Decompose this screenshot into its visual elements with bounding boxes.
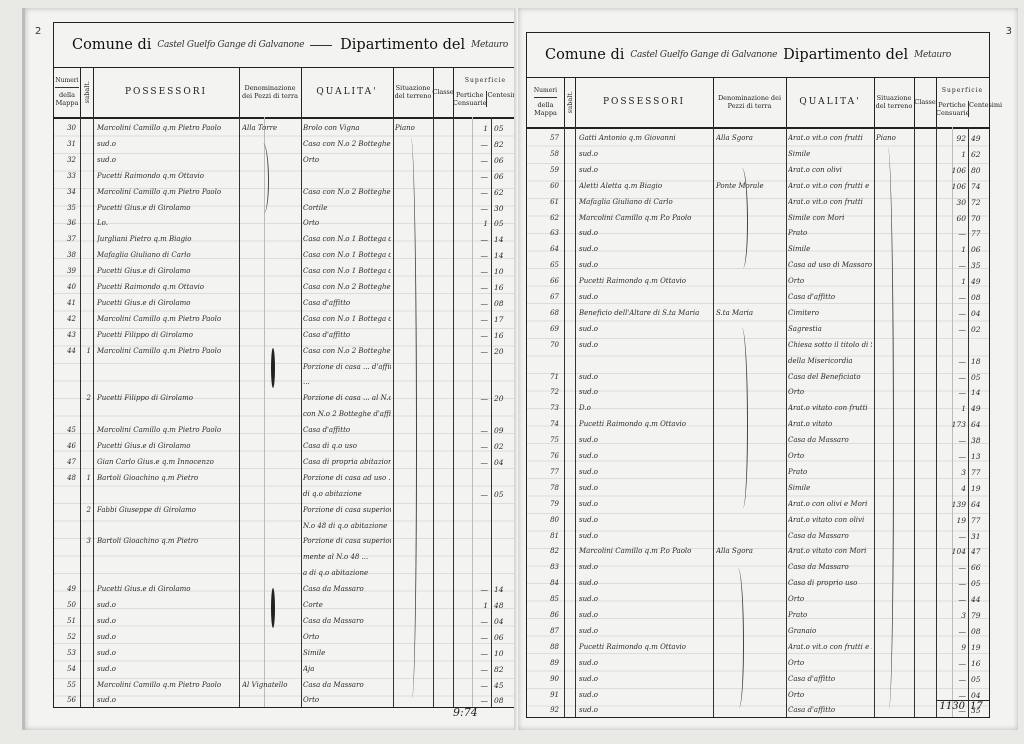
cell-subalterno: 2 xyxy=(81,394,91,402)
cell-map-number: 84 xyxy=(527,579,559,587)
cell-pertiche: — xyxy=(454,235,488,244)
cell-qualita: Orto xyxy=(303,219,391,227)
col-situazione: Situazione del terreno xyxy=(874,77,915,127)
cell-qualita: Orto xyxy=(788,691,872,699)
cell-possessore: sud.o xyxy=(579,293,711,301)
col-mappa: Numeri della Mappa xyxy=(54,67,81,117)
cell-map-number: 31 xyxy=(54,140,76,148)
cell-pertiche: — xyxy=(454,204,488,213)
cell-pertiche: 60 xyxy=(936,214,966,223)
cell-centesimi: 05 xyxy=(971,675,989,684)
table-row: 81sud.oCasa da Massaro—31 xyxy=(527,529,989,546)
cell-qualita: Porzione di casa superiore al xyxy=(303,506,391,514)
cell-centesimi: 45 xyxy=(494,681,516,690)
cell-possessore: sud.o xyxy=(579,452,711,460)
cell-centesimi: 44 xyxy=(971,595,989,604)
table-row: 86sud.oPrato379 xyxy=(527,608,989,625)
table-row: 63sud.oPrato—77 xyxy=(527,226,989,243)
table-row: 51sud.oCasa da Massaro—04 xyxy=(54,614,518,631)
col-possessori: POSSESSORI xyxy=(93,67,240,117)
table-row: 82Marcolini Camillo q.m P.o PaoloAlla Sg… xyxy=(527,544,989,561)
cell-pertiche: — xyxy=(936,659,966,668)
cell-pertiche: 1 xyxy=(454,124,488,133)
cell-possessore: Mafaglia Giuliano di Carlo xyxy=(97,251,237,259)
cell-denominazione: Ponte Morale xyxy=(716,182,784,190)
table-row: 69sud.oSagrestia—02 xyxy=(527,322,989,339)
cell-qualita: Chiesa sotto il titolo di S.ta Maria xyxy=(788,341,872,349)
col-classe: Classe xyxy=(914,77,937,127)
cell-possessore: sud.o xyxy=(579,691,711,699)
cell-pertiche: — xyxy=(454,156,488,165)
cell-map-number: 43 xyxy=(54,331,76,339)
right-page: 3 Comune di Castel Guelfo Gange di Galva… xyxy=(518,8,1018,730)
cell-map-number: 76 xyxy=(527,452,559,460)
cell-pertiche: — xyxy=(936,563,966,572)
cell-map-number: 42 xyxy=(54,315,76,323)
cell-qualita: Porzione di casa ... al N.o 44 xyxy=(303,394,391,402)
cell-possessore: sud.o xyxy=(579,675,711,683)
col-denominazione: Denominazione dei Pezzi di terra xyxy=(713,77,787,127)
cell-pertiche: — xyxy=(454,426,488,435)
table-row: 79sud.oArat.o con olivi e Mori13964 xyxy=(527,497,989,514)
table-row: 62Marcolini Camillo q.m P.o PaoloSimile … xyxy=(527,211,989,228)
table-row: 91sud.oOrto—04 xyxy=(527,688,989,705)
cell-qualita: Casa d'affitto xyxy=(788,675,872,683)
cell-qualita: Casa con N.o 1 Bottega d'affitto xyxy=(303,251,391,259)
table-row: 2Pucetti Filippo di GirolamoPorzione di … xyxy=(54,391,518,408)
cell-qualita: Simile xyxy=(788,245,872,253)
cell-map-number: 40 xyxy=(54,283,76,291)
cell-qualita: Simile xyxy=(303,649,391,657)
cell-possessore: Gatti Antonio q.m Giovanni xyxy=(579,134,711,142)
cell-qualita: Casa con N.o 2 Botteghe d'affitto xyxy=(303,347,391,355)
left-column-headers: Numeri della Mappa subalt. POSSESSORI De… xyxy=(54,67,518,119)
cell-centesimi: 74 xyxy=(971,182,989,191)
table-row: 49Pucetti Gius.e di GirolamoCasa da Mass… xyxy=(54,582,518,599)
cell-possessore: sud.o xyxy=(97,156,237,164)
cell-qualita: Orto xyxy=(788,388,872,396)
table-row: 78sud.oSimile419 xyxy=(527,481,989,498)
cell-pertiche: — xyxy=(454,331,488,340)
cell-possessore: sud.o xyxy=(579,563,711,571)
cell-map-number: 78 xyxy=(527,484,559,492)
cell-pertiche: — xyxy=(936,579,966,588)
table-row: ... xyxy=(54,375,518,392)
cell-centesimi: 30 xyxy=(494,204,516,213)
cell-pertiche: — xyxy=(454,315,488,324)
left-page-total: 9:74 xyxy=(453,706,478,719)
table-row: della Misericordia—18 xyxy=(527,354,989,371)
table-row: a di q.o abitazione xyxy=(54,566,518,583)
cell-centesimi: 80 xyxy=(971,166,989,175)
cell-qualita: Casa con N.o 1 Bottega d'affitto xyxy=(303,267,391,275)
cell-pertiche: — xyxy=(936,595,966,604)
cell-subalterno: 1 xyxy=(81,347,91,355)
cell-centesimi: 14 xyxy=(494,585,516,594)
cell-possessore: sud.o xyxy=(579,150,711,158)
table-row: 40Pucetti Raimondo q.m OttavioCasa con N… xyxy=(54,280,518,297)
cell-map-number: 47 xyxy=(54,458,76,466)
cell-qualita: Casa con N.o 1 Bottega d'affitto xyxy=(303,315,391,323)
cell-map-number: 75 xyxy=(527,436,559,444)
cell-centesimi: 06 xyxy=(494,156,516,165)
table-row: 83sud.oCasa da Massaro—66 xyxy=(527,560,989,577)
cell-centesimi: 10 xyxy=(494,649,516,658)
cell-centesimi: 72 xyxy=(971,198,989,207)
cell-map-number: 66 xyxy=(527,277,559,285)
cell-possessore: sud.o xyxy=(97,633,237,641)
cell-qualita: di q.o abitazione xyxy=(303,490,391,498)
cell-map-number: 54 xyxy=(54,665,76,673)
cell-possessore: Pucetti Filippo di Girolamo xyxy=(97,394,237,402)
cell-pertiche: — xyxy=(936,357,966,366)
cell-qualita: Casa da Massaro xyxy=(788,532,872,540)
cell-centesimi: 66 xyxy=(971,563,989,572)
cell-centesimi: 05 xyxy=(971,373,989,382)
cell-pertiche: — xyxy=(454,140,488,149)
cell-centesimi: 17 xyxy=(494,315,516,324)
page-number-left: 2 xyxy=(35,26,41,37)
cell-qualita: Prato xyxy=(788,229,872,237)
cell-pertiche: — xyxy=(454,347,488,356)
cell-pertiche: — xyxy=(936,675,966,684)
cell-map-number: 48 xyxy=(54,474,76,482)
cell-possessore: sud.o xyxy=(579,579,711,587)
cell-possessore: Marcolini Camillo q.m Pietro Paolo xyxy=(97,124,237,132)
cell-centesimi: 20 xyxy=(494,347,516,356)
cell-qualita: Sagrestia xyxy=(788,325,872,333)
cell-possessore: Pucetti Gius.e di Girolamo xyxy=(97,442,237,450)
cell-centesimi: 49 xyxy=(971,134,989,143)
left-table-frame: Comune di Castel Guelfo Gange di Galvano… xyxy=(53,22,519,708)
cell-map-number: 49 xyxy=(54,585,76,593)
cell-qualita: Casa d'affitto xyxy=(303,331,391,339)
table-row: 52sud.oOrto—06 xyxy=(54,630,518,647)
cell-centesimi: 48 xyxy=(494,601,516,610)
cell-qualita: N.o 48 di q.o abitazione xyxy=(303,522,391,530)
cell-map-number: 52 xyxy=(54,633,76,641)
table-row: 39Pucetti Gius.e di GirolamoCasa con N.o… xyxy=(54,264,518,281)
cell-centesimi: 70 xyxy=(971,214,989,223)
cell-centesimi: 79 xyxy=(971,611,989,620)
cell-possessore: sud.o xyxy=(97,601,237,609)
cell-pertiche: — xyxy=(936,325,966,334)
cell-map-number: 77 xyxy=(527,468,559,476)
cell-pertiche: — xyxy=(936,452,966,461)
cell-qualita: Porzione di casa superiore xyxy=(303,537,391,545)
cell-possessore: sud.o xyxy=(579,341,711,349)
table-row: 61Mafaglia Giuliano di CarloArat.o vit.o… xyxy=(527,195,989,212)
cell-possessore: sud.o xyxy=(579,706,711,714)
cell-qualita: Prato xyxy=(788,468,872,476)
cell-map-number: 50 xyxy=(54,601,76,609)
cell-map-number: 62 xyxy=(527,214,559,222)
cell-centesimi: 64 xyxy=(971,500,989,509)
table-row: 43Pucetti Filippo di GirolamoCasa d'affi… xyxy=(54,328,518,345)
cell-map-number: 83 xyxy=(527,563,559,571)
cell-pertiche: 173 xyxy=(936,420,966,429)
table-row: 74Pucetti Raimondo q.m OttavioArat.o vit… xyxy=(527,417,989,434)
table-row: 85sud.oOrto—44 xyxy=(527,592,989,609)
cell-subalterno: 2 xyxy=(81,506,91,514)
cell-map-number: 30 xyxy=(54,124,76,132)
cell-map-number: 67 xyxy=(527,293,559,301)
cell-centesimi: 06 xyxy=(971,245,989,254)
cell-pertiche: — xyxy=(454,633,488,642)
cell-pertiche: 1 xyxy=(936,150,966,159)
cell-centesimi: 77 xyxy=(971,229,989,238)
cell-map-number: 56 xyxy=(54,696,76,704)
cell-possessore: Pucetti Raimondo q.m Ottavio xyxy=(579,643,711,651)
cell-centesimi: 06 xyxy=(494,633,516,642)
dipartimento-label: Dipartimento del xyxy=(783,47,908,63)
cell-map-number: 80 xyxy=(527,516,559,524)
table-row: 46Pucetti Gius.e di GirolamoCasa di q.o … xyxy=(54,439,518,456)
cell-possessore: sud.o xyxy=(579,245,711,253)
cell-possessore: sud.o xyxy=(97,696,237,704)
cell-map-number: 59 xyxy=(527,166,559,174)
cell-centesimi: 08 xyxy=(971,293,989,302)
cell-qualita: Casa d'affitto xyxy=(303,426,391,434)
cell-map-number: 55 xyxy=(54,681,76,689)
cell-centesimi: 49 xyxy=(971,277,989,286)
cell-pertiche: — xyxy=(936,229,966,238)
cell-map-number: 69 xyxy=(527,325,559,333)
table-row: Porzione di casa ... d'affitto xyxy=(54,360,518,377)
cell-qualita: Arat.o vit.o con frutti e Mori xyxy=(788,643,872,651)
cell-map-number: 89 xyxy=(527,659,559,667)
cell-possessore: sud.o xyxy=(579,627,711,635)
cell-possessore: Marcolini Camillo q.m Pietro Paolo xyxy=(97,188,237,196)
table-row: 73D.oArat.o vitato con frutti149 xyxy=(527,401,989,418)
cell-possessore: Marcolini Camillo q.m Pietro Paolo xyxy=(97,681,237,689)
cell-pertiche: — xyxy=(454,490,488,499)
table-row: 2Fabbi Giuseppe di GirolamoPorzione di c… xyxy=(54,503,518,520)
cell-pertiche: — xyxy=(454,442,488,451)
cell-map-number: 90 xyxy=(527,675,559,683)
table-row: 76sud.oOrto—13 xyxy=(527,449,989,466)
cell-pertiche: — xyxy=(454,188,488,197)
cell-centesimi: 19 xyxy=(971,484,989,493)
cell-denominazione: S.ta Maria xyxy=(716,309,784,317)
cell-centesimi: 04 xyxy=(971,309,989,318)
cell-possessore: sud.o xyxy=(97,665,237,673)
total-pertiche: 1130 xyxy=(940,701,965,712)
table-row: 59sud.oArat.o con olivi10680 xyxy=(527,163,989,180)
cell-possessore: sud.o xyxy=(579,611,711,619)
table-row: con N.o 2 Botteghe d'affitto xyxy=(54,407,518,424)
cell-possessore: sud.o xyxy=(579,532,711,540)
cell-centesimi: 77 xyxy=(971,516,989,525)
table-row: 47Gian Carlo Gius.e q.m InnocenzoCasa di… xyxy=(54,455,518,472)
cell-centesimi: 47 xyxy=(971,547,989,556)
cell-possessore: Marcolini Camillo q.m P.o Paolo xyxy=(579,214,711,222)
cell-map-number: 61 xyxy=(527,198,559,206)
cell-map-number: 38 xyxy=(54,251,76,259)
cell-map-number: 68 xyxy=(527,309,559,317)
cell-qualita: Corte xyxy=(303,601,391,609)
cell-pertiche: — xyxy=(936,627,966,636)
cell-centesimi: 04 xyxy=(971,691,989,700)
register-spread: 2 Comune di Castel Guelfo Gange di Galva… xyxy=(0,0,1024,744)
cell-map-number: 85 xyxy=(527,595,559,603)
cell-map-number: 88 xyxy=(527,643,559,651)
table-row: mente al N.o 48 ... xyxy=(54,550,518,567)
cell-map-number: 41 xyxy=(54,299,76,307)
cell-pertiche: — xyxy=(454,251,488,260)
table-row: 75sud.oCasa da Massaro—38 xyxy=(527,433,989,450)
cell-possessore: Pucetti Raimondo q.m Ottavio xyxy=(97,283,237,291)
cell-centesimi: 20 xyxy=(494,394,516,403)
cell-pertiche: 30 xyxy=(936,198,966,207)
cell-map-number: 64 xyxy=(527,245,559,253)
table-row: 32sud.oOrto—06 xyxy=(54,153,518,170)
cell-denominazione: Alla Sgora xyxy=(716,134,784,142)
cell-qualita: Casa ad uso di Massaro xyxy=(788,261,872,269)
cell-qualita: Arat.o vitato xyxy=(788,420,872,428)
cell-possessore: Bartoli Gioachino q.m Pietro xyxy=(97,474,237,482)
cell-possessore: sud.o xyxy=(579,436,711,444)
cell-possessore: sud.o xyxy=(579,388,711,396)
page-number-right: 3 xyxy=(1006,26,1012,37)
cell-centesimi: 05 xyxy=(971,579,989,588)
table-row: 45Marcolini Camillo q.m Pietro PaoloCasa… xyxy=(54,423,518,440)
cell-centesimi: 13 xyxy=(971,452,989,461)
table-row: 42Marcolini Camillo q.m Pietro PaoloCasa… xyxy=(54,312,518,329)
cell-qualita: Casa da Massaro xyxy=(303,681,391,689)
cell-pertiche: — xyxy=(454,585,488,594)
table-row: N.o 48 di q.o abitazione xyxy=(54,519,518,536)
cell-centesimi: 08 xyxy=(494,696,516,705)
table-row: 441Marcolini Camillo q.m Pietro PaoloCas… xyxy=(54,344,518,361)
cell-centesimi: 04 xyxy=(494,617,516,626)
dipartimento-value: Metauro xyxy=(914,50,951,60)
total-centesimi: 17 xyxy=(970,701,983,712)
col-situazione: Situazione del terreno xyxy=(393,67,434,117)
cell-possessore: sud.o xyxy=(579,261,711,269)
cell-pertiche: 1 xyxy=(454,219,488,228)
cell-centesimi: 02 xyxy=(494,442,516,451)
cell-qualita: Orto xyxy=(788,595,872,603)
cell-qualita: Casa di propria abitazione xyxy=(303,458,391,466)
table-row: 68Beneficio dell'Altare di S.ta MariaS.t… xyxy=(527,306,989,323)
cell-centesimi: 18 xyxy=(971,357,989,366)
cell-centesimi: 05 xyxy=(494,490,516,499)
cell-possessore: Beneficio dell'Altare di S.ta Maria xyxy=(579,309,711,317)
cell-qualita: Arat.o vitato con frutti xyxy=(788,404,872,412)
cell-qualita: Arat.o vit.o con frutti xyxy=(788,198,872,206)
cell-centesimi: 09 xyxy=(494,426,516,435)
cell-pertiche: — xyxy=(936,532,966,541)
table-row: 481Bartoli Gioachino q.m PietroPorzione … xyxy=(54,471,518,488)
cell-possessore: Gian Carlo Gius.e q.m Innocenzo xyxy=(97,458,237,466)
cell-pertiche: — xyxy=(936,309,966,318)
cell-possessore: Pucetti Gius.e di Girolamo xyxy=(97,204,237,212)
cell-pertiche: — xyxy=(454,394,488,403)
cell-qualita: Arat.o con olivi e Mori xyxy=(788,500,872,508)
left-page: 2 Comune di Castel Guelfo Gange di Galva… xyxy=(22,8,521,730)
cell-map-number: 44 xyxy=(54,347,76,355)
cell-qualita: Casa da Massaro xyxy=(303,585,391,593)
comune-value: Castel Guelfo Gange di Galvanone xyxy=(157,40,304,50)
cell-pertiche: 1 xyxy=(936,245,966,254)
cell-situazione: Piano xyxy=(876,134,912,142)
cell-qualita: Orto xyxy=(788,277,872,285)
right-table-frame: Comune di Castel Guelfo Gange di Galvano… xyxy=(526,32,990,718)
table-row: 77sud.oPrato377 xyxy=(527,465,989,482)
cell-possessore: Pucetti Raimondo q.m Ottavio xyxy=(579,420,711,428)
cell-centesimi: 08 xyxy=(494,299,516,308)
cell-pertiche: 106 xyxy=(936,166,966,175)
col-subalterni: subalt. xyxy=(80,67,94,117)
cell-possessore: Pucetti Raimondo q.m Ottavio xyxy=(579,277,711,285)
table-row: 90sud.oCasa d'affitto—05 xyxy=(527,672,989,689)
cell-centesimi: 35 xyxy=(971,261,989,270)
cell-possessore: Lo. xyxy=(97,219,237,227)
dipartimento-label: Dipartimento del xyxy=(340,37,465,53)
table-row: 38Mafaglia Giuliano di CarloCasa con N.o… xyxy=(54,248,518,265)
table-row: 92sud.oCasa d'affitto—35 xyxy=(527,703,989,720)
cell-possessore: Marcolini Camillo q.m Pietro Paolo xyxy=(97,315,237,323)
cell-subalterno: 3 xyxy=(81,537,91,545)
cell-centesimi: 14 xyxy=(971,388,989,397)
cell-possessore: sud.o xyxy=(579,166,711,174)
cell-centesimi: 82 xyxy=(494,140,516,149)
cell-possessore: Pucetti Raimondo q.m Ottavio xyxy=(97,172,237,180)
cell-map-number: 33 xyxy=(54,172,76,180)
cell-possessore: D.o xyxy=(579,404,711,412)
cell-map-number: 63 xyxy=(527,229,559,237)
cell-centesimi: 19 xyxy=(971,643,989,652)
cell-possessore: sud.o xyxy=(579,595,711,603)
cell-map-number: 73 xyxy=(527,404,559,412)
cell-pertiche: — xyxy=(936,261,966,270)
cell-subalterno: 1 xyxy=(81,474,91,482)
cell-centesimi: 08 xyxy=(971,627,989,636)
cell-map-number: 74 xyxy=(527,420,559,428)
cell-qualita: Casa con N.o 2 Botteghe d'affitto xyxy=(303,188,391,196)
cell-centesimi: 14 xyxy=(494,251,516,260)
table-row: 64sud.oSimile106 xyxy=(527,242,989,259)
col-mappa: Numeri della Mappa xyxy=(527,77,565,127)
cell-centesimi: 10 xyxy=(494,267,516,276)
cell-qualita: Porzione di casa ad uso ... xyxy=(303,474,391,482)
cell-pertiche: — xyxy=(454,617,488,626)
cell-possessore: sud.o xyxy=(97,649,237,657)
cell-map-number: 91 xyxy=(527,691,559,699)
cell-map-number: 46 xyxy=(54,442,76,450)
cell-centesimi: 04 xyxy=(494,458,516,467)
cell-qualita: Orto xyxy=(303,156,391,164)
cell-pertiche: 9 xyxy=(936,643,966,652)
cell-map-number: 92 xyxy=(527,706,559,714)
cell-centesimi: 62 xyxy=(971,150,989,159)
cell-qualita: Arat.o con olivi xyxy=(788,166,872,174)
cell-qualita: Orto xyxy=(303,633,391,641)
cell-qualita: Simile xyxy=(788,150,872,158)
cell-pertiche: 92 xyxy=(936,134,966,143)
table-row: 55Marcolini Camillo q.m Pietro PaoloAl V… xyxy=(54,678,518,695)
cell-qualita: Casa con N.o 2 Botteghe d'affitto xyxy=(303,140,391,148)
table-row: 41Pucetti Gius.e di GirolamoCasa d'affit… xyxy=(54,296,518,313)
cell-pertiche: — xyxy=(936,388,966,397)
cell-pertiche: 1 xyxy=(936,277,966,286)
cell-qualita: Arat.o vitato con Mori xyxy=(788,547,872,555)
table-row: 80sud.oArat.o vitato con olivi1977 xyxy=(527,513,989,530)
comune-label: Comune di xyxy=(72,37,151,53)
cell-map-number: 58 xyxy=(527,150,559,158)
cell-possessore: sud.o xyxy=(579,659,711,667)
